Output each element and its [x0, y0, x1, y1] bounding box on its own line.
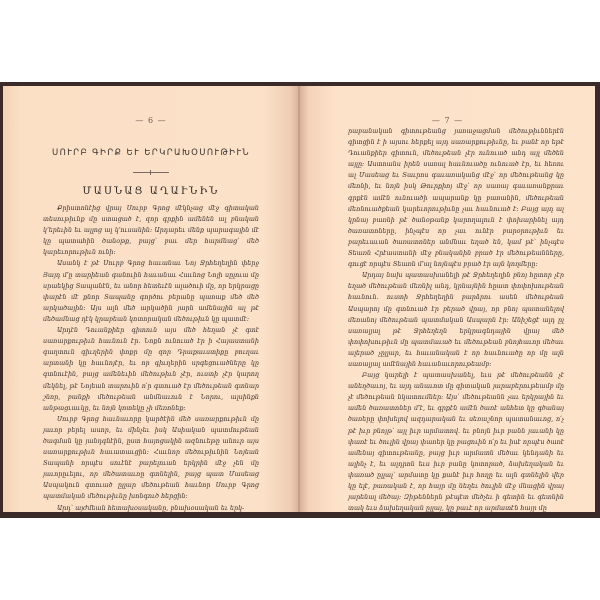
- paragraph: Ասանկ է թէ Սուրբ Գրոց հաւանաւ Նոյ Ջրհեղե…: [43, 258, 259, 325]
- left-page-body: Քրիստոնէից վրայ Սուրբ Գրոց մէկնչաց մէջ գ…: [43, 203, 259, 512]
- page-number-left: — 6 —: [3, 116, 299, 125]
- paragraph: րաբանական գիտութեանց յառաջացման մեծութիւ…: [348, 126, 564, 270]
- running-title: ՍՈՒՐԲ ԳԻՐՔ ԵՒ ԵՐԿՐԱԽՕՍՈՒԹԻՒՆ: [3, 148, 299, 158]
- ornament-divider: [133, 172, 169, 173]
- open-book: — 6 — ՍՈՒՐԲ ԳԻՐՔ ԵՒ ԵՐԿՐԱԽՕՍՈՒԹԻՒՆ ՄԱՍՆԱ…: [0, 82, 600, 518]
- paragraph: Արդ՝ այժմեան հետախօսականը, բնախօսական եւ…: [43, 503, 259, 512]
- right-page-body: րաբանական գիտութեանց յառաջացման մեծութիւ…: [348, 126, 564, 512]
- right-page: — 7 — րաբանական գիտութեանց յառաջացման մե…: [300, 86, 595, 512]
- paragraph: Արդայ նախ պատասխանելի թէ Ջրհեղեղին բնոյ …: [348, 270, 564, 370]
- paragraph: Սուրբ Գրոց հաւնաւորը կարծէին մեծ սառարքո…: [43, 414, 259, 503]
- paragraph: Արդէն Դուանքիեր գիտուն այս մեծ հեղան չէ …: [43, 325, 259, 414]
- paragraph: Քրիստոնէից վրայ Սուրբ Գրոց մէկնչաց մէջ գ…: [43, 203, 259, 258]
- section-title: ՄԱՍՆԱՑ ԱՂԱՒՆԻՆ: [3, 186, 299, 197]
- page-number-right: — 7 —: [300, 116, 595, 125]
- left-page: — 6 — ՍՈՒՐԲ ԳԻՐՔ ԵՒ ԵՐԿՐԱԽՕՍՈՒԹԻՒՆ ՄԱՍՆԱ…: [3, 86, 299, 512]
- paragraph: Բայց կարելի է պատասխանել, եւս թէ մեծութե…: [348, 370, 564, 512]
